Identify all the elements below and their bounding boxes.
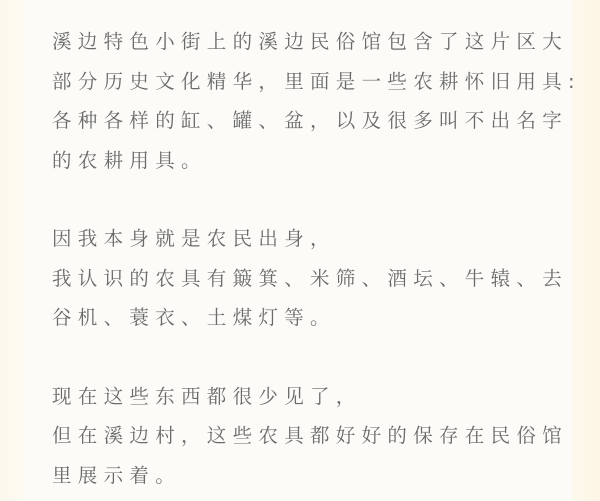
text-line: 因我本身就是农民出身， bbox=[52, 219, 552, 259]
text-line: 但在溪边村，这些农具都好好的保存在民俗馆 bbox=[52, 416, 552, 456]
text-line: 的农耕用具。 bbox=[52, 141, 552, 181]
paragraph-spacer bbox=[52, 180, 552, 219]
text-line: 里展示着。 bbox=[52, 456, 552, 496]
text-line: 部分历史文化精华，里面是一些农耕怀旧用具: bbox=[52, 62, 552, 102]
text-line: 溪边特色小街上的溪边民俗馆包含了这片区大 bbox=[52, 22, 552, 62]
article-body: 溪边特色小街上的溪边民俗馆包含了这片区大 部分历史文化精华，里面是一些农耕怀旧用… bbox=[52, 22, 552, 495]
text-line: 各种各样的缸、罐、盆，以及很多叫不出名字 bbox=[52, 101, 552, 141]
paragraph-preservation: 现在这些东西都很少见了， 但在溪边村，这些农具都好好的保存在民俗馆 里展示着。 bbox=[52, 377, 552, 496]
text-line: 谷机、蓑衣、土煤灯等。 bbox=[52, 298, 552, 338]
paragraph-museum-intro: 溪边特色小街上的溪边民俗馆包含了这片区大 部分历史文化精华，里面是一些农耕怀旧用… bbox=[52, 22, 552, 180]
paragraph-spacer bbox=[52, 338, 552, 377]
paragraph-farm-tools: 因我本身就是农民出身， 我认识的农具有簸箕、米筛、酒坛、牛辕、去 谷机、蓑衣、土… bbox=[52, 219, 552, 338]
text-line: 现在这些东西都很少见了， bbox=[52, 377, 552, 417]
text-line: 我认识的农具有簸箕、米筛、酒坛、牛辕、去 bbox=[52, 259, 552, 299]
